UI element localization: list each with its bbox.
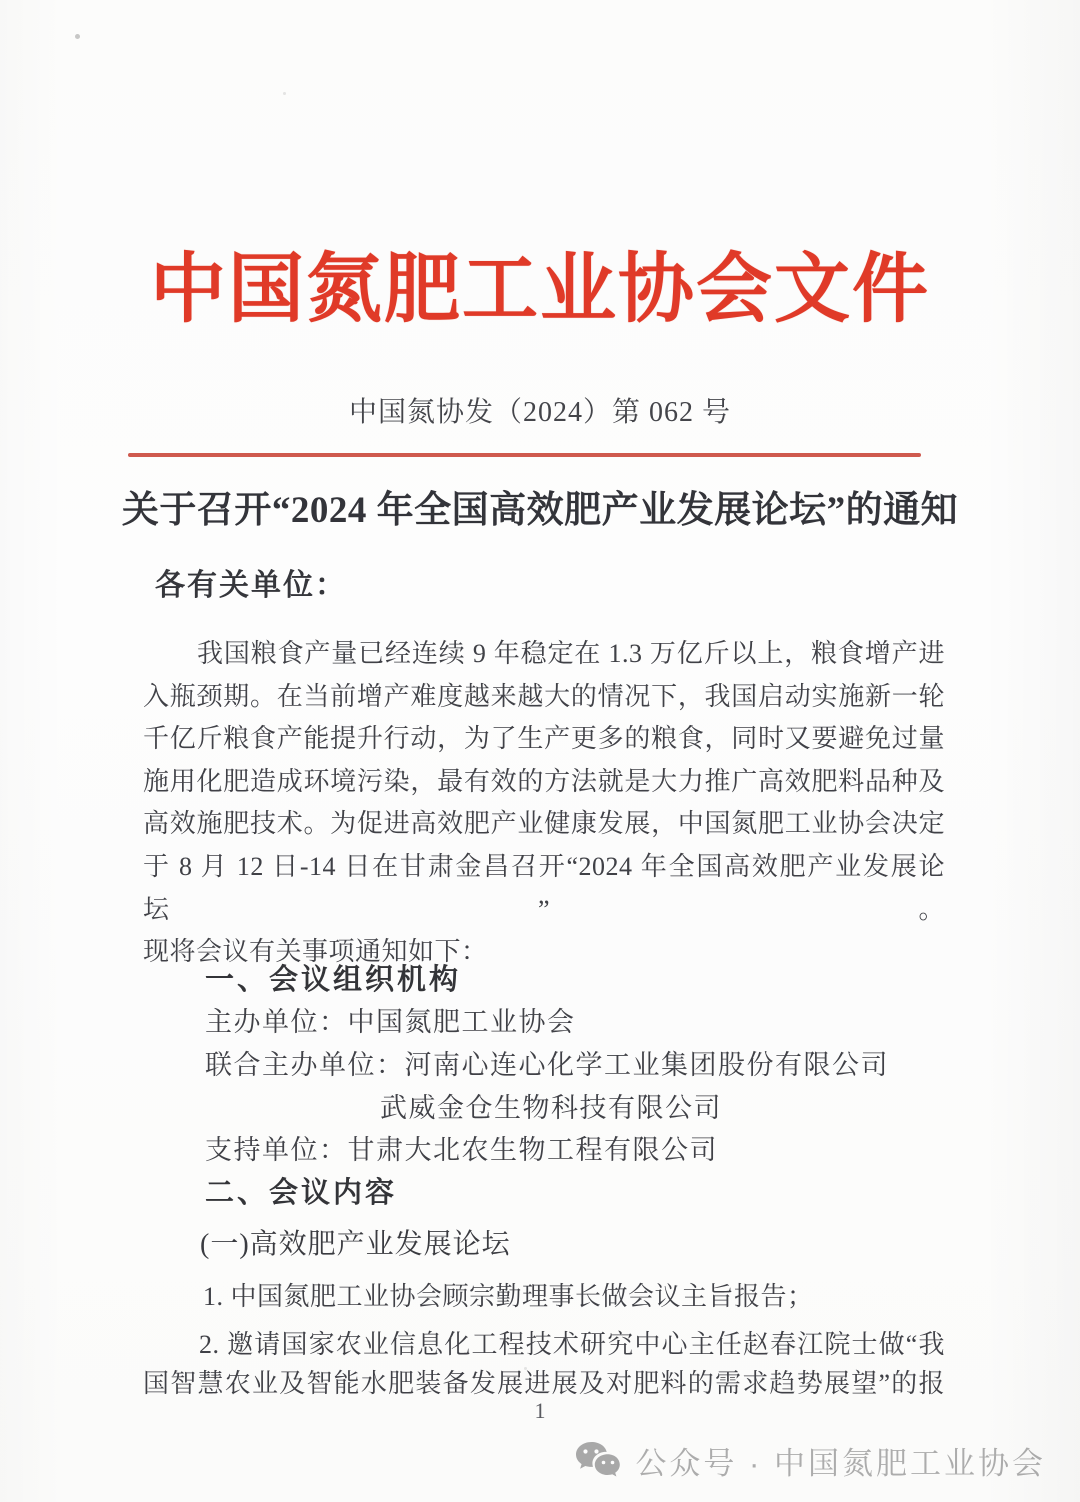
wechat-icon: [573, 1440, 621, 1482]
section2-subheading: (一)高效肥产业发展论坛: [200, 1222, 511, 1262]
page-number: 1: [0, 1398, 1080, 1424]
section2-heading: 二、会议内容: [205, 1170, 397, 1211]
scan-speck: [75, 34, 80, 39]
paragraph-line: 于 8 月 12 日-14 日在甘肃金昌召开“2024 年全国高效肥产业发展论坛…: [143, 846, 945, 931]
notice-title: 关于召开“2024 年全国高效肥产业发展论坛”的通知: [0, 479, 1080, 533]
scanned-document-page: 中国氮肥工业协会文件 中国氮协发（2024）第 062 号 关于召开“2024 …: [0, 0, 1080, 1502]
intro-paragraph: 我国粮食产量已经连续 9 年稳定在 1.3 万亿斤以上，粮食增产进 入瓶颈期。在…: [143, 633, 945, 974]
section1-heading: 一、会议组织机构: [205, 957, 461, 998]
watermark-text: 公众号 · 中国氮肥工业协会: [635, 1438, 1046, 1483]
paragraph-line: 千亿斤粮食产能提升行动，为了生产更多的粮食，同时又要避免过量: [143, 718, 945, 761]
agenda-item-1: 1. 中国氮肥工业协会顾宗勤理事长做会议主旨报告；: [143, 1278, 945, 1317]
agenda-item-line: 1. 中国氮肥工业协会顾宗勤理事长做会议主旨报告；: [143, 1278, 945, 1317]
wechat-watermark: 公众号 · 中国氮肥工业协会: [573, 1438, 1046, 1483]
cohost-second-line: 武威金仓生物科技有限公司: [380, 1086, 722, 1125]
scan-speck: [283, 92, 286, 95]
cohost-organizer-line: 联合主办单位：河南心连心化学工业集团股份有限公司: [205, 1043, 889, 1082]
agenda-item-line: 2. 邀请国家农业信息化工程技术研究中心主任赵春江院士做“我: [143, 1326, 945, 1365]
paragraph-line: 入瓶颈期。在当前增产难度越来越大的情况下，我国启动实施新一轮: [143, 676, 945, 719]
document-header-title: 中国氮肥工业协会文件: [0, 228, 1080, 337]
support-organizer-line: 支持单位：甘肃大北农生物工程有限公司: [205, 1128, 718, 1167]
host-organizer-line: 主办单位：中国氮肥工业协会: [205, 1000, 576, 1039]
agenda-item-2: 2. 邀请国家农业信息化工程技术研究中心主任赵春江院士做“我 国智慧农业及智能水…: [143, 1326, 945, 1403]
paragraph-line: 高效施肥技术。为促进高效肥产业健康发展，中国氮肥工业协会决定: [143, 803, 945, 846]
document-number: 中国氮协发（2024）第 062 号: [0, 390, 1080, 430]
paragraph-line: 我国粮食产量已经连续 9 年稳定在 1.3 万亿斤以上，粮食增产进: [143, 633, 945, 676]
salutation: 各有关单位：: [155, 560, 347, 604]
red-divider-line: [128, 453, 921, 457]
paragraph-line: 施用化肥造成环境污染，最有效的方法就是大力推广高效肥料品种及: [143, 761, 945, 804]
